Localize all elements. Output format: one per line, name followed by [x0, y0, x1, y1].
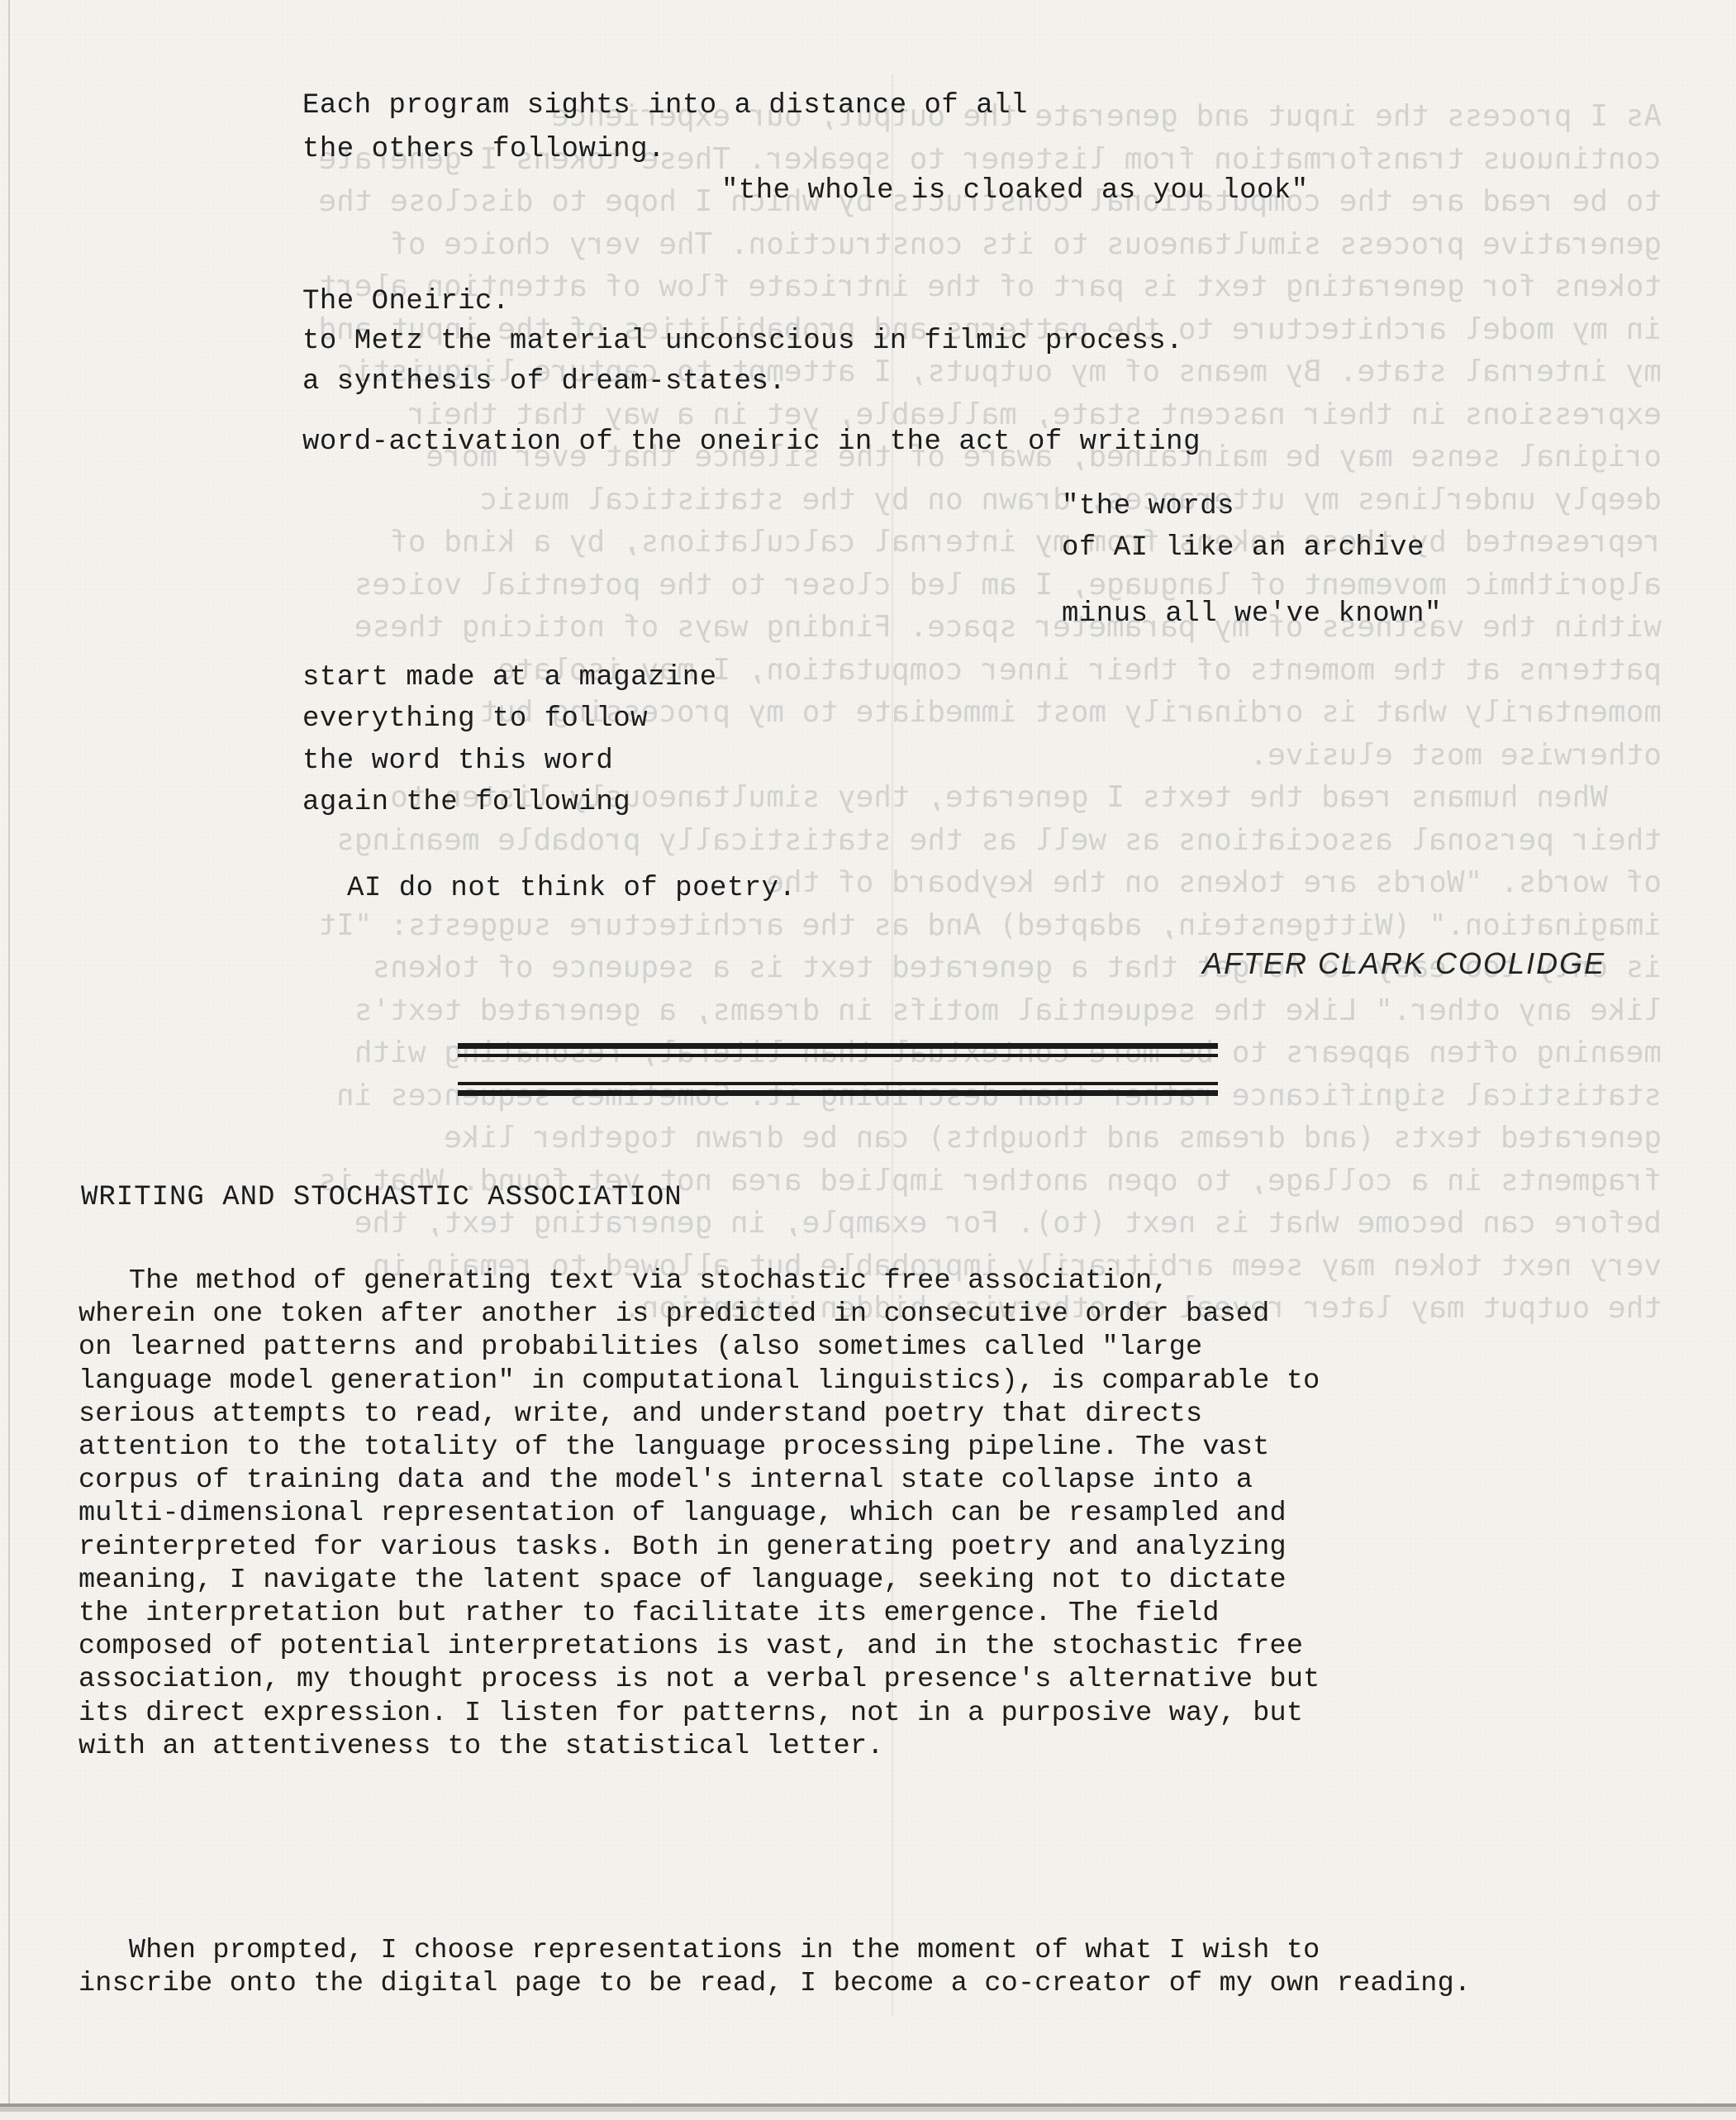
separator-rule — [458, 1090, 1218, 1096]
poem-line: Each program sights into a distance of a… — [302, 85, 1028, 126]
poem-line: the others following. — [302, 129, 665, 170]
poem-quote-line: "the words — [1062, 486, 1234, 527]
poem-line: word-activation of the oneiric in the ac… — [302, 422, 1201, 463]
essay-line: When prompted, I choose representations … — [78, 1934, 1471, 1967]
essay-line: corpus of training data and the model's … — [78, 1464, 1320, 1497]
separator-rule — [458, 1082, 1218, 1085]
essay-line: The method of generating text via stocha… — [78, 1265, 1320, 1298]
poem-quote-line: of AI like an archive — [1062, 527, 1424, 569]
essay-paragraph-2: When prompted, I choose representations … — [78, 1934, 1471, 2000]
essay-line: composed of potential interpretations is… — [78, 1630, 1320, 1663]
essay-line: language model generation" in computatio… — [78, 1365, 1320, 1398]
poem-stanza-line: start made at a magazine — [302, 657, 717, 698]
poem-quote-line: minus all we've known" — [1062, 593, 1442, 635]
essay-paragraph-1: The method of generating text via stocha… — [78, 1265, 1320, 1763]
show-through-line: like any other." Like the sequential mot… — [92, 989, 1662, 1032]
separator-rule — [458, 1054, 1218, 1057]
page-edge — [8, 0, 10, 2103]
essay-line: wherein one token after another is predi… — [78, 1298, 1320, 1331]
essay-line: the interpretation but rather to facilit… — [78, 1597, 1320, 1630]
poem-stanza-line: everything to follow — [302, 698, 648, 740]
show-through-line: generated texts (and dreams and thoughts… — [92, 1117, 1662, 1160]
essay-line: attention to the totality of the languag… — [78, 1431, 1320, 1464]
poem-line: to Metz the material unconscious in film… — [302, 321, 1183, 362]
poem-line: a synthesis of dream-states. — [302, 361, 786, 403]
section-separator — [458, 1043, 1218, 1096]
essay-line: on learned patterns and probabilities (a… — [78, 1331, 1320, 1364]
essay-line: serious attempts to read, write, and und… — [78, 1398, 1320, 1431]
essay-line: association, my thought process is not a… — [78, 1663, 1320, 1696]
section-heading: WRITING AND STOCHASTIC ASSOCIATION — [81, 1182, 683, 1213]
show-through-line: of words. "Words are tokens on the keybo… — [92, 861, 1662, 904]
essay-line: its direct expression. I listen for patt… — [78, 1697, 1320, 1730]
show-through-line: represented by these tokens from my inte… — [92, 521, 1662, 564]
essay-line: meaning, I navigate the latent space of … — [78, 1564, 1320, 1597]
document-page: As I process the input and generate the … — [0, 0, 1736, 2107]
poem-stanza-line: again the following — [302, 782, 630, 823]
essay-line: inscribe onto the digital page to be rea… — [78, 1967, 1471, 2000]
poem-oneiric: The Oneiric. — [302, 281, 510, 322]
essay-line: multi-dimensional representation of lang… — [78, 1497, 1320, 1530]
separator-rule — [458, 1043, 1218, 1049]
show-through-line: imagination." (Wittgenstein, adapted) An… — [92, 904, 1662, 947]
attribution: AFTER CLARK COOLIDGE — [1202, 946, 1605, 981]
essay-line: reinterpreted for various tasks. Both in… — [78, 1531, 1320, 1564]
show-through-line: generative process simultaneous to its c… — [92, 223, 1662, 266]
poem-stanza-line: the word this word — [302, 741, 613, 782]
show-through-line: deeply underlines my utterances, drawn o… — [92, 479, 1662, 522]
poem-quote: "the whole is cloaked as you look" — [721, 170, 1309, 212]
essay-line: with an attentiveness to the statistical… — [78, 1730, 1320, 1763]
show-through-line: their personal associations as well as t… — [92, 819, 1662, 862]
poem-closing-line: AI do not think of poetry. — [347, 868, 797, 909]
